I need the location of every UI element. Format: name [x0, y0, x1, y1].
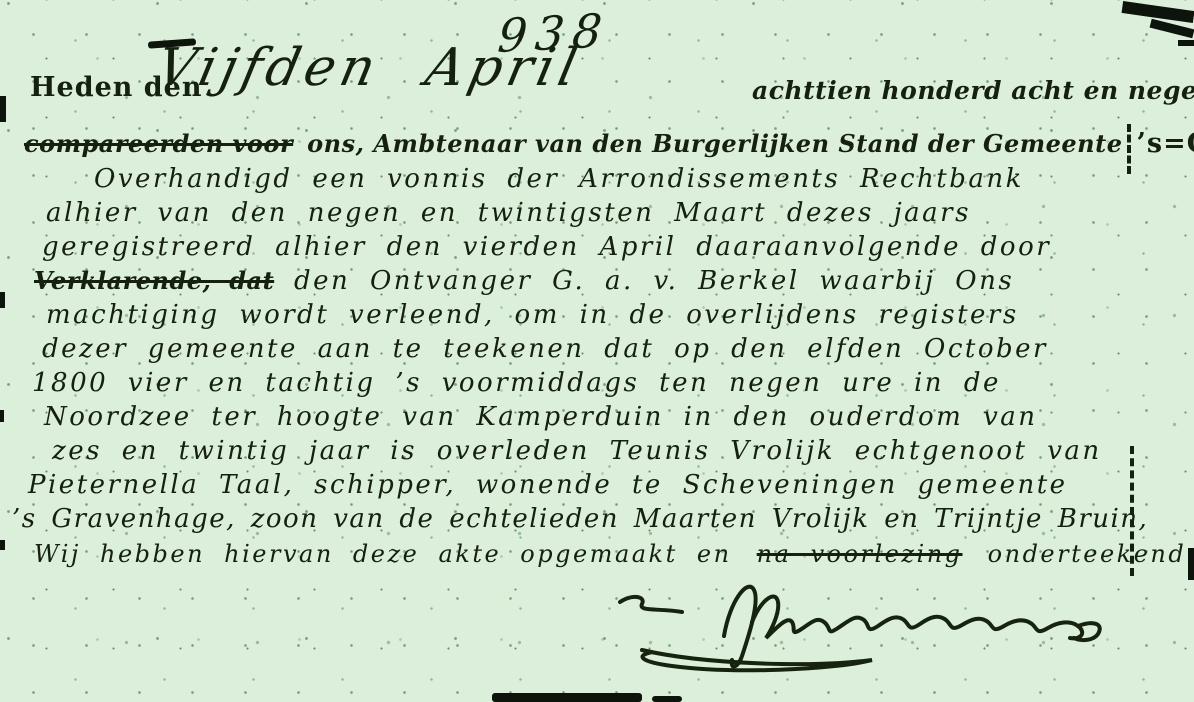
body-line: machtiging wordt verleend, om in de over…	[46, 300, 1182, 334]
closing-post: onderteekend. —	[988, 540, 1194, 568]
death-record-document: 938 Heden den Vijfden April achttien hon…	[0, 0, 1194, 702]
struck-na-voorlezing: na voorlezing	[757, 540, 963, 568]
scan-artifact-right-dashes	[1130, 446, 1134, 576]
body-line: geregistreerd alhier den vierden April d…	[42, 232, 1182, 266]
printed-registrar-text: ons, Ambtenaar van den Burgerlijken Stan…	[307, 129, 1122, 158]
body-line: zes en twintig jaar is overleden Teunis …	[52, 436, 1182, 470]
registrar-signature-icon	[612, 572, 1112, 682]
closing-pre: Wij hebben hiervan deze akte opgemaakt e…	[34, 540, 732, 568]
handwritten-body: Overhandigd een vonnis der Arrondissemen…	[32, 164, 1182, 538]
body-line: Noordzee ter hoogte van Kamperduin in de…	[44, 402, 1182, 436]
body-line: Overhandigd een vonnis der Arrondissemen…	[94, 164, 1182, 198]
scan-artifact-right-edge	[1188, 548, 1194, 580]
registrar-intro-line: compareerden voor ons, Ambtenaar van den…	[24, 128, 1194, 159]
scan-artifact-bottom-smudge	[492, 693, 642, 702]
printed-year: achttien honderd acht en negentig,	[752, 76, 1194, 105]
city-blackletter: ’s=Gravenhage,	[1136, 128, 1194, 159]
scan-artifact-left-edge	[0, 410, 4, 422]
body-line: dezer gemeente aan te teekenen dat op de…	[42, 334, 1182, 368]
scan-artifact-left-edge	[0, 96, 6, 122]
body-line: 1800 vier en tachtig ’s voormiddags ten …	[32, 368, 1182, 402]
struck-compareerden-voor: compareerden voor	[24, 129, 293, 158]
body-line: alhier van den negen en twintigsten Maar…	[46, 198, 1182, 232]
scan-artifact-left-edge	[0, 292, 5, 308]
struck-verklarende-dat: Verklarende, dat	[34, 266, 274, 295]
body-line: Verklarende, dat den Ontvanger G. a. v. …	[34, 266, 1182, 300]
scan-artifact-bottom-smudge	[652, 696, 682, 702]
body-line-text: den Ontvanger G. a. v. Berkel waarbij On…	[294, 266, 1014, 296]
scan-artifact-right-dashes	[1127, 124, 1131, 174]
handwritten-date: Vijfden April	[152, 38, 587, 98]
scan-artifact-top-right	[1178, 40, 1194, 46]
scan-artifact-left-edge	[0, 540, 5, 550]
body-line: Pieternella Taal, schipper, wonende te S…	[28, 470, 1182, 504]
closing-line: Wij hebben hiervan deze akte opgemaakt e…	[34, 540, 1194, 568]
body-line: ’s Gravenhage, zoon van de echtelieden M…	[12, 504, 1182, 538]
